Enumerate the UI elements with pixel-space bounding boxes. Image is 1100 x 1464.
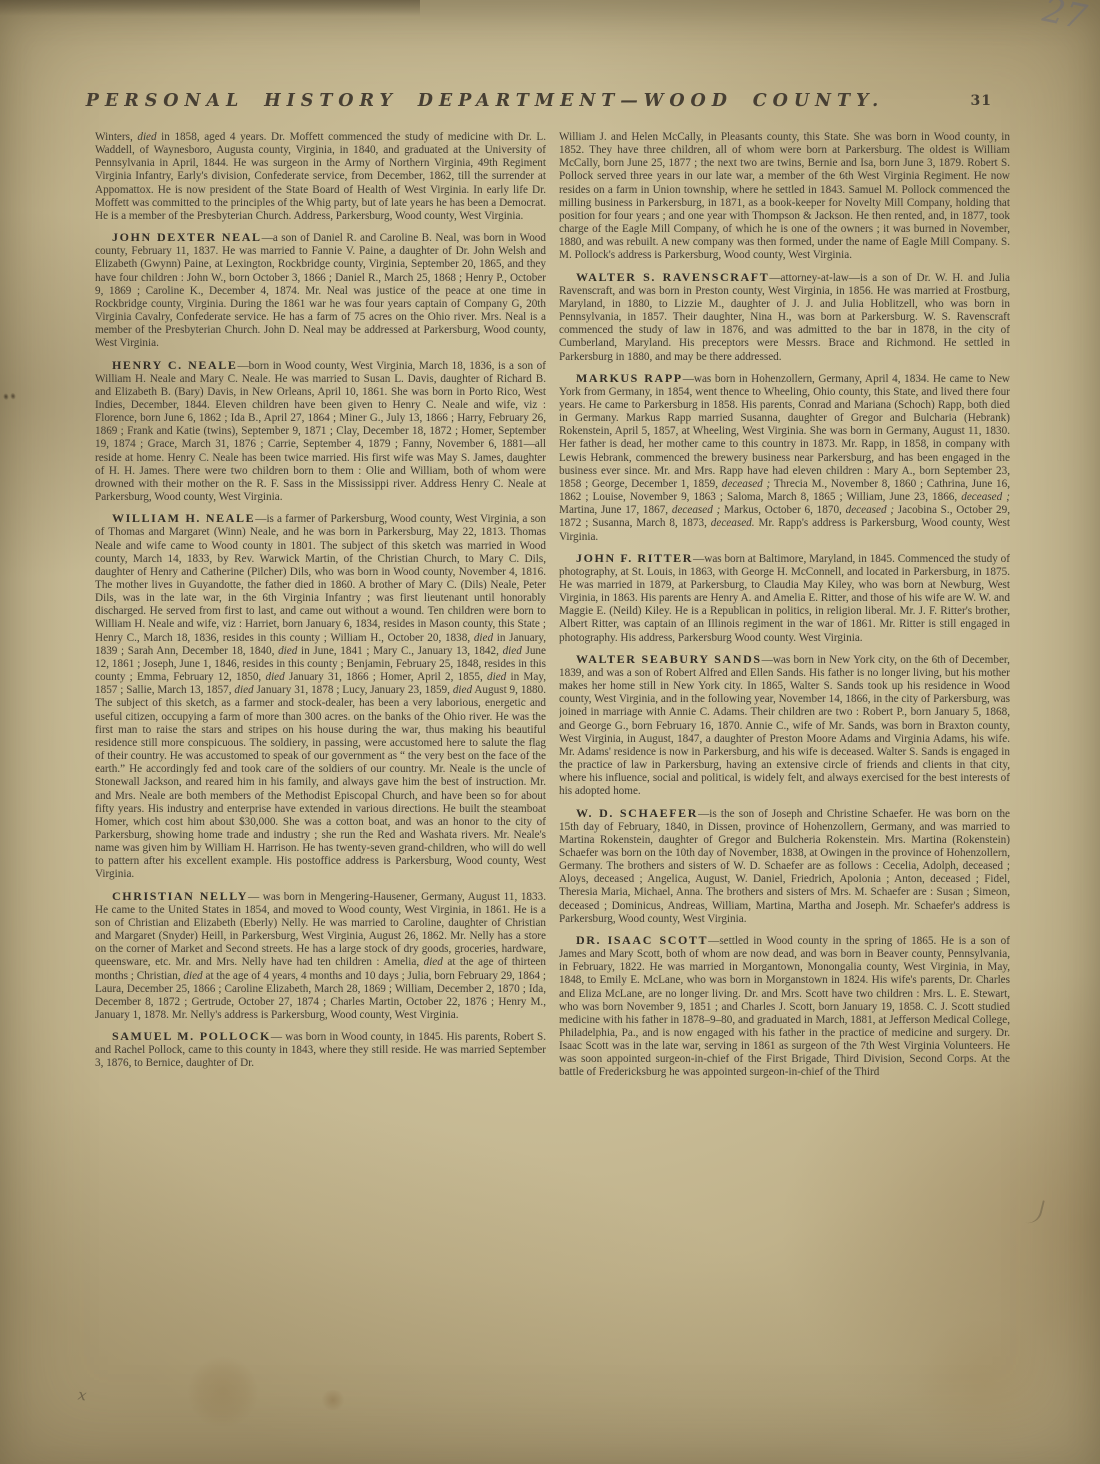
paper-stain-corner — [910, 1320, 1060, 1450]
entry-heading: JOHN DEXTER NEAL — [112, 230, 262, 244]
entry-heading: W. D. SCHAEFER — [576, 806, 698, 820]
document-page: 27 PERSONAL HISTORY DEPARTMENT—WOOD COUN… — [0, 0, 1100, 1464]
continuation-paragraph: William J. and Helen McCally, in Pleasan… — [559, 131, 1010, 263]
page-number: 31 — [971, 93, 992, 109]
page-header: PERSONAL HISTORY DEPARTMENT—WOOD COUNTY.… — [0, 88, 1100, 122]
margin-ink-mark — [1, 389, 17, 405]
text-columns: Winters, died in 1858, aged 4 years. Dr.… — [95, 131, 1011, 1423]
bio-entry-w-d-schaefer: W. D. SCHAEFER—is the son of Joseph and … — [559, 807, 1010, 926]
pencil-x-mark: x — [77, 1385, 88, 1404]
entry-heading: DR. ISAAC SCOTT — [576, 933, 708, 947]
bio-entry-christian-nelly: CHRISTIAN NELLY— was born in Mengering-H… — [95, 890, 546, 1023]
bio-entry-markus-rapp: MARKUS RAPP—was born in Hohenzollern, Ge… — [559, 372, 1010, 544]
paper-stain — [188, 1356, 258, 1428]
bio-entry-walter-seabury-sands: WALTER SEABURY SANDS—was born in New Yor… — [559, 653, 1010, 799]
entry-heading: WALTER SEABURY SANDS — [576, 652, 762, 666]
bio-entry-dr-isaac-scott: DR. ISAAC SCOTT—settled in Wood county i… — [559, 934, 1010, 1080]
handwritten-pencil-mark: 27 — [1039, 0, 1090, 38]
page-title: PERSONAL HISTORY DEPARTMENT—WOOD COUNTY. — [0, 91, 970, 111]
entry-heading: MARKUS RAPP — [576, 371, 683, 385]
entry-heading: JOHN F. RITTER — [576, 551, 693, 565]
bio-entry-william-h-neale: WILLIAM H. NEALE—is a farmer of Parkersb… — [95, 512, 546, 881]
bio-entry-henry-c-neale: HENRY C. NEALE—born in Wood county, West… — [95, 359, 546, 505]
right-column: William J. and Helen McCally, in Pleasan… — [559, 131, 1010, 1423]
bio-entry-samuel-m-pollock: SAMUEL M. POLLOCK— was born in Wood coun… — [95, 1030, 546, 1070]
left-column: Winters, died in 1858, aged 4 years. Dr.… — [95, 131, 546, 1423]
bio-entry-john-f-ritter: JOHN F. RITTER—was born at Baltimore, Ma… — [559, 552, 1010, 645]
paper-stain-small — [320, 1390, 346, 1410]
margin-squiggle-mark — [1019, 1196, 1045, 1226]
entry-heading: SAMUEL M. POLLOCK — [112, 1029, 271, 1043]
entry-heading: WALTER S. RAVENSCRAFT — [576, 270, 769, 284]
entry-heading: CHRISTIAN NELLY — [112, 889, 248, 903]
entry-heading: WILLIAM H. NEALE — [112, 511, 255, 525]
continuation-paragraph: Winters, died in 1858, aged 4 years. Dr.… — [95, 131, 546, 223]
page-top-shadow — [0, 0, 420, 16]
bio-entry-walter-s-ravenscraft: WALTER S. RAVENSCRAFT—attorney-at-law—is… — [559, 271, 1010, 364]
bio-entry-john-dexter-neal: JOHN DEXTER NEAL—a son of Daniel R. and … — [95, 231, 546, 350]
entry-heading: HENRY C. NEALE — [112, 358, 237, 372]
